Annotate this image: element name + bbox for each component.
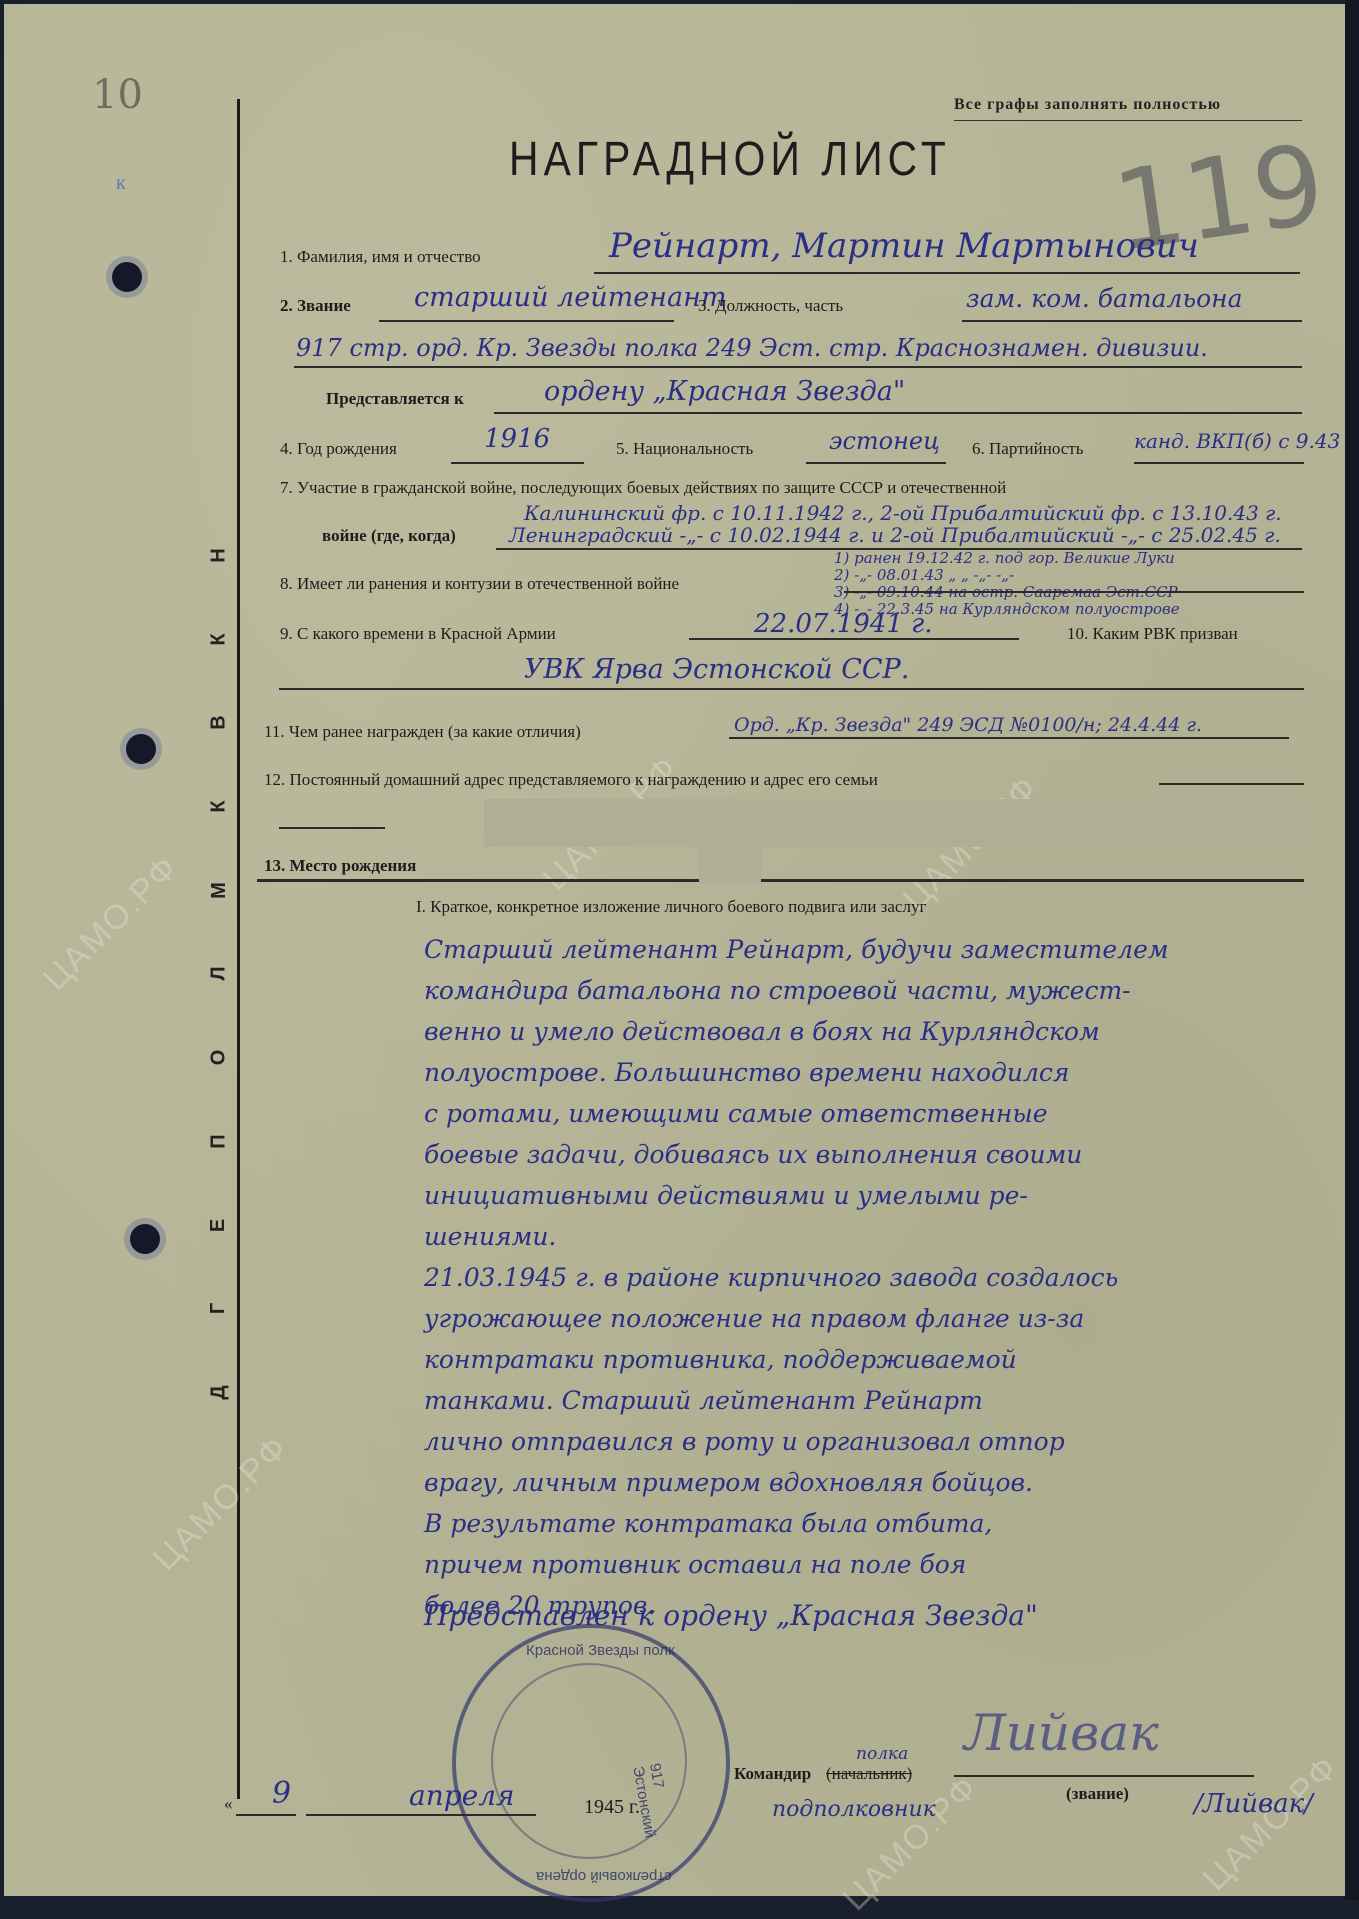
- previous-awards-value: Орд. „Кр. Звезда" 249 ЭСД №0100/н; 24.4.…: [734, 714, 1202, 736]
- punch-hole-icon: [126, 734, 156, 764]
- field-10-label: 10. Каким РВК призван: [1067, 624, 1238, 644]
- nationality-value: эстонец: [829, 427, 940, 455]
- underline: [1134, 462, 1304, 464]
- draft-office-value: УВК Ярва Эстонской ССР.: [524, 654, 909, 685]
- punch-hole-icon: [112, 262, 142, 292]
- birth-year-value: 1916: [484, 424, 550, 454]
- wounds-line2: 2) -„- 08.01.43 „ „ -„- -„-: [834, 566, 1014, 584]
- commander-unit: полка: [856, 1744, 908, 1764]
- date-day: 9: [272, 1776, 291, 1811]
- underline: [1159, 783, 1304, 785]
- full-name-value: Рейнарт, Мартин Мартынович: [609, 226, 1199, 266]
- underline: [279, 688, 1304, 690]
- award-sheet: 10 к Н К В К М Л О П Е Г Д ЦАМО.РФ ЦАМО.…: [4, 4, 1346, 1896]
- rank-value: старший лейтенант: [414, 282, 726, 313]
- underline: [236, 1814, 296, 1816]
- punch-hole-icon: [130, 1224, 160, 1254]
- underline: [279, 827, 385, 829]
- redacted-birthplace: [699, 846, 761, 884]
- position-value-line1: зам. ком. батальона: [966, 284, 1243, 313]
- margin-divider: [237, 99, 240, 1799]
- underline: [306, 1814, 536, 1816]
- date-month: апреля: [409, 1779, 515, 1812]
- commander-name: /Лийвак/: [1194, 1789, 1313, 1819]
- underline: [494, 412, 1302, 414]
- underline: [257, 879, 1304, 882]
- field-5-label: 5. Национальность: [616, 439, 753, 459]
- rank-value-handwritten: подполковник: [772, 1797, 936, 1822]
- underline: [962, 320, 1302, 322]
- regiment-seal: Красной Звезды полк 917 Эстонский стрелк…: [452, 1624, 730, 1900]
- nominated-value: ордену „Красная Звезда": [544, 376, 905, 407]
- watermark: ЦАМО.РФ: [146, 1428, 297, 1579]
- underline: [954, 1775, 1254, 1777]
- field-4-label: 4. Год рождения: [280, 439, 397, 459]
- page-title: НАГРАДНОЙ ЛИСТ: [509, 132, 951, 187]
- underline: [451, 462, 584, 464]
- nominated-label: Представляется к: [326, 389, 464, 409]
- party-value: канд. ВКП(б) с 9.43: [1134, 429, 1340, 453]
- position-value-line2: 917 стр. орд. Кр. Звезды полка 249 Эст. …: [296, 334, 1208, 362]
- field-6-label: 6. Партийность: [972, 439, 1083, 459]
- watermark: ЦАМО.РФ: [836, 1768, 987, 1900]
- nomination-conclusion: Представлен к ордену „Красная Звезда": [424, 1599, 1038, 1632]
- field-1-label: 1. Фамилия, имя и отчество: [280, 247, 481, 267]
- watermark: ЦАМО.РФ: [36, 848, 187, 999]
- field-7-label-cont: войне (где, когда): [322, 526, 456, 546]
- underline: [594, 272, 1300, 274]
- watermark: ЦАМО.РФ: [1196, 1748, 1347, 1899]
- date-year: 1945 г.: [584, 1796, 640, 1819]
- commander-signature: Лийвак: [964, 1704, 1159, 1762]
- field-9-label: 9. С какого времени в Красной Армии: [280, 624, 556, 644]
- feat-description: Старший лейтенант Рейнарт, будучи замест…: [424, 929, 1354, 1626]
- war-participation-line1: Калининский фр. с 10.11.1942 г., 2-ой Пр…: [524, 501, 1282, 525]
- field-12-label: 12. Постоянный домашний адрес представля…: [264, 770, 878, 790]
- army-since-value: 22.07.1941 г.: [754, 609, 933, 639]
- side-label-for-notes: Н К В К М Л О П Е Г Д: [204, 544, 234, 1404]
- summary-heading: I. Краткое, конкретное изложение личного…: [416, 897, 926, 917]
- form-instruction: Все графы заполнять полностью: [954, 96, 1302, 121]
- field-3-label: 3. Должность, часть: [698, 296, 843, 316]
- rank-label: (звание): [1066, 1784, 1129, 1804]
- faint-stamp-mark: к: [116, 172, 126, 195]
- pencil-page-number: 10: [92, 72, 143, 118]
- field-11-label: 11. Чем ранее награжден (за какие отличи…: [264, 722, 581, 742]
- field-7-label: 7. Участие в гражданской войне, последую…: [280, 478, 1006, 498]
- underline: [844, 591, 1304, 593]
- date-open-quote: «: [224, 1794, 233, 1814]
- wounds-line1: 1) ранен 19.12.42 г. под гор. Великие Лу…: [834, 549, 1175, 567]
- scan-edge: [1345, 0, 1359, 1900]
- underline: [294, 366, 1302, 368]
- field-13-label: 13. Место рождения: [264, 856, 416, 876]
- commander-unit-struck: (начальник): [826, 1764, 912, 1784]
- redacted-address: [484, 799, 1304, 847]
- underline: [379, 320, 674, 322]
- field-2-label: 2. Звание: [280, 296, 351, 316]
- war-participation-line2: Ленинградский -„- с 10.02.1944 г. и 2-ой…: [509, 523, 1281, 547]
- underline: [806, 462, 946, 464]
- field-8-label: 8. Имеет ли ранения и контузии в отечест…: [280, 574, 679, 594]
- commander-label: Командир: [734, 1764, 811, 1784]
- underline: [729, 737, 1289, 739]
